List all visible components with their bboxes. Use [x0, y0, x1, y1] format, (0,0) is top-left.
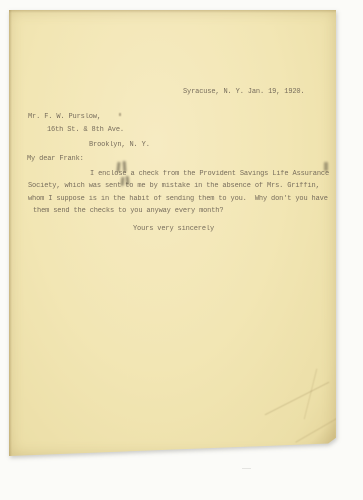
ink-smudge — [123, 161, 127, 172]
scanner-artifact — [242, 468, 251, 469]
dateline: Syracuse, N. Y. Jan. 19, 1920. — [183, 88, 305, 97]
letter-paper: Syracuse, N. Y. Jan. 19, 1920. Mr. F. W.… — [9, 10, 336, 456]
closing: Yours very sincerely — [133, 225, 214, 234]
ink-speck — [119, 113, 121, 116]
salutation: My dear Frank: — [27, 155, 84, 164]
recipient-street: 16th St. & 8th Ave. — [47, 126, 124, 135]
scanned-letter: Syracuse, N. Y. Jan. 19, 1920. Mr. F. W.… — [0, 0, 363, 500]
paper-shadow-wrap: Syracuse, N. Y. Jan. 19, 1920. Mr. F. W.… — [0, 0, 363, 500]
recipient-city: Brooklyn, N. Y. — [89, 141, 150, 150]
letter-body-line: them send the checks to you anyway every… — [33, 207, 223, 216]
paper-corner-fold — [310, 422, 336, 448]
ink-smudge — [324, 162, 328, 171]
paper-crease — [265, 382, 330, 416]
letter-body-line: whom I suppose is in the habit of sendin… — [28, 195, 328, 204]
letter-body-line: Society, which was sent to me by mistake… — [28, 182, 320, 191]
recipient-name: Mr. F. W. Purslow, — [28, 113, 101, 122]
